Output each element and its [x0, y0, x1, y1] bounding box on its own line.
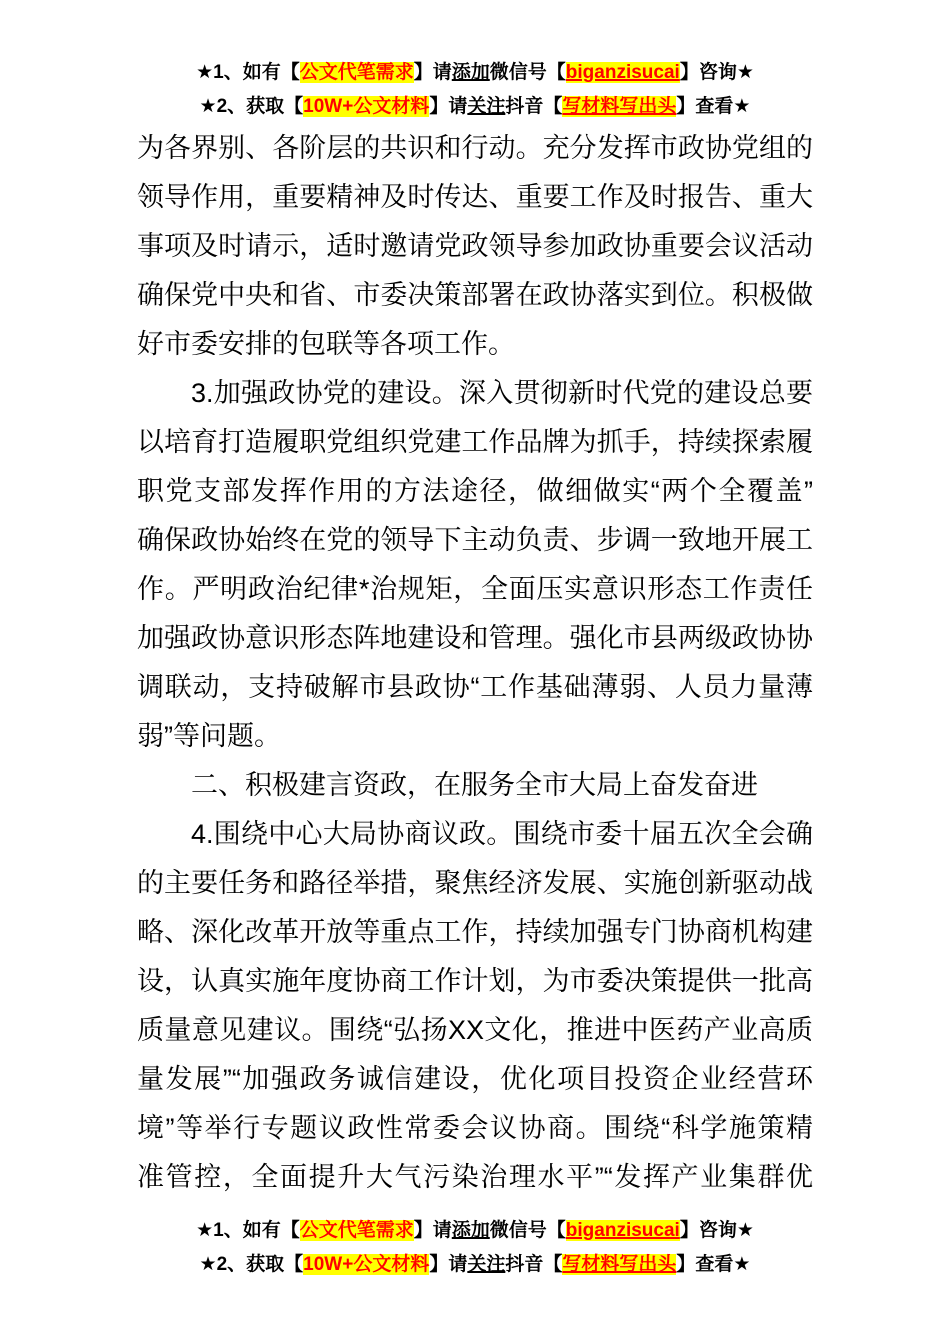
paragraph: 3.加强政协党的建设。深入贯彻新时代党的建设总要求，以培育打造履职党组织党建工作… — [137, 369, 813, 761]
highlighted-red-underlined-text: biganzisucai — [566, 1220, 680, 1241]
banner-text: 】咨询★ — [680, 1220, 754, 1241]
underlined-text: 添加 — [452, 1220, 490, 1241]
body-text-line: 设，认真实施年度协商工作计划，为市委决策提供一批高 — [137, 957, 813, 1006]
banner-text: 】查看★ — [676, 96, 750, 117]
highlighted-red-underlined-text: biganzisucai — [566, 62, 680, 83]
banner-line: ★1、如有【公文代笔需求】请添加微信号【biganzisucai】咨询★ — [0, 56, 950, 90]
banner-text: ★1、如有【 — [196, 62, 300, 83]
banner-line: ★1、如有【公文代笔需求】请添加微信号【biganzisucai】咨询★ — [0, 1214, 950, 1248]
body-text-line: 加强政协意识形态阵地建设和管理。强化市县两级政协协 — [137, 614, 813, 663]
banner-line: ★2、获取【10W+公文材料】请关注抖音【写材料写出头】查看★ — [0, 90, 950, 124]
body-text-line: 弱”等问题。 — [137, 712, 813, 761]
highlighted-red-underlined-text: 写材料写出头 — [562, 96, 676, 117]
banner-text: 抖音【 — [505, 1254, 562, 1275]
banner-text: 】请 — [414, 62, 452, 83]
body-text-line: 事项及时请示，适时邀请党政领导参加政协重要会议活动 — [137, 222, 813, 271]
body-text-line: 为各界别、各阶层的共识和行动。充分发挥市政协党组的 — [137, 124, 813, 173]
body-text-line: 确保党中央和省、市委决策部署在政协落实到位。积极做 — [137, 271, 813, 320]
banner-text: 微信号【 — [490, 1220, 566, 1241]
highlighted-red-text: 公文代笔需求 — [300, 62, 414, 83]
banner-text: ★1、如有【 — [196, 1220, 300, 1241]
body-text-line: 略、深化改革开放等重点工作，持续加强专门协商机构建 — [137, 908, 813, 957]
body-text-line: 确保政协始终在党的领导下主动负责、步调一致地开展工 — [137, 516, 813, 565]
paragraph: 4.围绕中心大局协商议政。围绕市委十届五次全会确定的主要任务和路径举措，聚焦经济… — [137, 810, 813, 1202]
document-body: 为各界别、各阶层的共识和行动。充分发挥市政协党组的领导作用，重要精神及时传达、重… — [137, 124, 813, 1202]
body-text-line: 调联动，支持破解市县政协“工作基础薄弱、人员力量薄 — [137, 663, 813, 712]
highlighted-red-text: 公文代笔需求 — [300, 1220, 414, 1241]
highlighted-red-underlined-text: 写材料写出头 — [562, 1254, 676, 1275]
banner-text: 】咨询★ — [680, 62, 754, 83]
body-text-line: 质量意见建议。围绕“弘扬XX文化，推进中医药产业高质 — [137, 1006, 813, 1055]
banner-text: ★2、获取【 — [200, 96, 304, 117]
body-text-line: 量发展”“加强政务诚信建设，优化项目投资企业经营环 — [137, 1055, 813, 1104]
body-text-line: 3.加强政协党的建设。深入贯彻新时代党的建设总要求， — [137, 369, 813, 418]
body-text-line: 职党支部发挥作用的方法途径，做细做实“两个全覆盖” — [137, 467, 813, 516]
banner-text: 】请 — [414, 1220, 452, 1241]
banner-text: ★2、获取【 — [200, 1254, 304, 1275]
section-heading: 二、积极建言资政，在服务全市大局上奋发奋进 — [137, 761, 813, 810]
body-text-line: 领导作用，重要精神及时传达、重要工作及时报告、重大 — [137, 173, 813, 222]
body-text-line: 4.围绕中心大局协商议政。围绕市委十届五次全会确定 — [137, 810, 813, 859]
underlined-text: 添加 — [452, 62, 490, 83]
banner-line: ★2、获取【10W+公文材料】请关注抖音【写材料写出头】查看★ — [0, 1248, 950, 1282]
highlighted-red-text: 10W+公文材料 — [303, 96, 429, 117]
banner-text: 】查看★ — [676, 1254, 750, 1275]
banner-text: 微信号【 — [490, 62, 566, 83]
banner-text: 抖音【 — [505, 96, 562, 117]
body-text-line: 的主要任务和路径举措，聚焦经济发展、实施创新驱动战 — [137, 859, 813, 908]
highlighted-red-text: 10W+公文材料 — [303, 1254, 429, 1275]
bottom-promo-banner: ★1、如有【公文代笔需求】请添加微信号【biganzisucai】咨询★★2、获… — [0, 1214, 950, 1282]
heading-line: 二、积极建言资政，在服务全市大局上奋发奋进 — [137, 761, 813, 810]
body-text-line: 境”等举行专题议政性常委会议协商。围绕“科学施策精 — [137, 1104, 813, 1153]
body-text-line: 准管控，全面提升大气污染治理水平”“发挥产业集群优 — [137, 1153, 813, 1202]
top-promo-banner: ★1、如有【公文代笔需求】请添加微信号【biganzisucai】咨询★★2、获… — [0, 0, 950, 124]
paragraph: 为各界别、各阶层的共识和行动。充分发挥市政协党组的领导作用，重要精神及时传达、重… — [137, 124, 813, 369]
banner-text: 】请 — [429, 96, 467, 117]
body-text-line: 好市委安排的包联等各项工作。 — [137, 320, 813, 369]
underlined-text: 关注 — [467, 1254, 505, 1275]
body-text-line: 以培育打造履职党组织党建工作品牌为抓手，持续探索履 — [137, 418, 813, 467]
body-text-line: 作。严明政治纪律*治规矩，全面压实意识形态工作责任制， — [137, 565, 813, 614]
banner-text: 】请 — [429, 1254, 467, 1275]
document-page: ★1、如有【公文代笔需求】请添加微信号【biganzisucai】咨询★★2、获… — [0, 0, 950, 1344]
underlined-text: 关注 — [467, 96, 505, 117]
